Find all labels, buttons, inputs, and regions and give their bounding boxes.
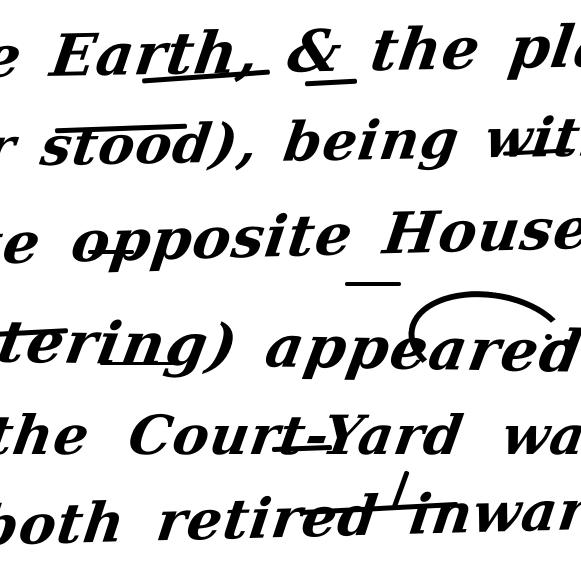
ink-stroke	[100, 362, 182, 365]
handwritten-line-2: r stood), being within	[0, 108, 581, 174]
ink-speck	[575, 330, 581, 335]
handwritten-line-5: the Court-Yard was	[0, 408, 581, 462]
handwritten-line-6: both retired inwards	[0, 480, 581, 553]
handwritten-line-3: te opposite Houses,	[0, 199, 581, 273]
ink-speck	[545, 334, 552, 340]
ink-stroke	[88, 250, 134, 254]
ink-stroke	[345, 282, 401, 286]
ink-speck	[563, 339, 570, 345]
handwritten-line-1: e Earth, & the place	[0, 16, 581, 86]
manuscript-page: e Earth, & the place r stood), being wit…	[0, 0, 581, 565]
